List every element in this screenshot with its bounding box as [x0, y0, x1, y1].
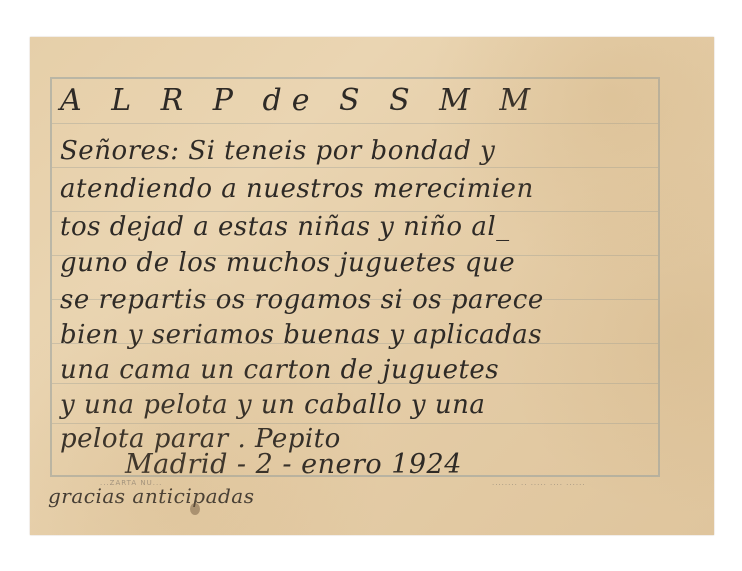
- ruled-line: [52, 167, 658, 168]
- letter-postscript: gracias anticipadas: [48, 484, 254, 508]
- letter-line: tos dejad a estas niñas y niño al_: [60, 212, 510, 242]
- ruled-line: [52, 123, 658, 124]
- letter-line: se repartis os rogamos si os parece: [60, 285, 544, 315]
- letter-line: y una pelota y un caballo y una: [60, 390, 485, 420]
- letter-line: bien y seriamos buenas y aplicadas: [60, 320, 542, 350]
- letter-line: guno de los muchos juguetes que: [60, 248, 515, 278]
- letter-paper: A L R P de S S M M Señores: Si teneis po…: [30, 37, 714, 535]
- letter-heading: A L R P de S S M M: [60, 83, 540, 118]
- letter-line: Señores: Si teneis por bondad y: [60, 136, 495, 166]
- ink-smudge: [190, 503, 200, 515]
- letter-line: atendiendo a nuestros merecimien: [60, 174, 534, 204]
- letter-date: Madrid - 2 - enero 1924: [125, 449, 462, 480]
- printed-footer-right: ........ .. ..... .... ......: [492, 479, 586, 487]
- letter-line: una cama un carton de juguetes: [60, 355, 499, 385]
